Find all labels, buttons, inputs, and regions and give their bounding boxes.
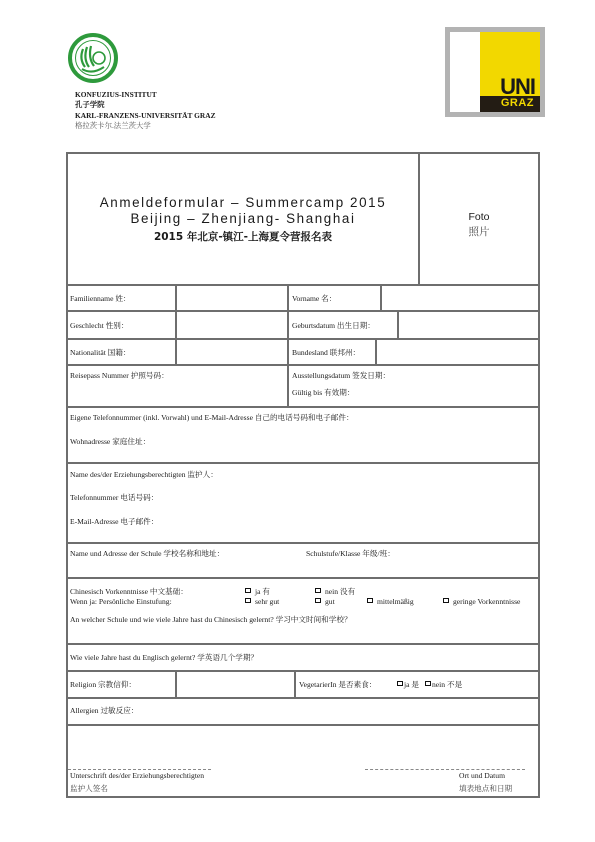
label-chinesisch-schule: An welcher Schule und wie viele Jahre ha… (70, 614, 352, 625)
geschlecht-field[interactable] (177, 312, 287, 338)
option-veg-yes[interactable]: ja 是 (397, 679, 419, 690)
checkbox-icon[interactable] (245, 588, 251, 593)
label-guardian-signature-cn: 监护人签名 (70, 783, 108, 794)
university-name: KARL-FRANZENS-UNIVERSITÄT GRAZ (75, 111, 216, 121)
label-geschlecht: Geschlecht 性别： (70, 320, 128, 331)
allergien-field[interactable] (68, 699, 538, 724)
englisch-field[interactable] (68, 645, 538, 670)
option-level-very-good[interactable]: sehr gut (245, 597, 279, 606)
form-subtitle: Beijing – Zhenjiang- Shanghai (68, 211, 418, 226)
label-einstufung: Wenn ja: Persönliche Einstufung: (70, 597, 172, 606)
vorname-field[interactable] (382, 286, 538, 310)
checkbox-icon[interactable] (245, 598, 251, 603)
checkbox-icon[interactable] (315, 598, 321, 603)
label-vegetarier: VegetarierIn 是否素食： (299, 679, 376, 690)
label-place-date: Ort und Datum (459, 771, 505, 780)
label-geburtsdatum: Geburtsdatum 出生日期： (292, 320, 375, 331)
uni-graz-logo: UNI GRAZ (445, 27, 545, 117)
photo-box[interactable] (420, 154, 538, 284)
checkbox-icon[interactable] (425, 681, 431, 686)
checkbox-icon[interactable] (367, 598, 373, 603)
institute-name-cn: 孔子学院 (75, 100, 216, 110)
school-field[interactable] (68, 544, 538, 577)
option-chinese-no[interactable]: nein 没有 (315, 586, 355, 597)
form-title: Anmeldeformular – Summercamp 2015 (68, 195, 418, 210)
passport-dates-field[interactable] (289, 366, 538, 406)
contact-field[interactable] (68, 408, 538, 462)
checkbox-icon[interactable] (443, 598, 449, 603)
familienname-field[interactable] (177, 286, 287, 310)
option-level-good[interactable]: gut (315, 597, 335, 606)
label-place-date-cn: 填表地点和日期 (459, 783, 512, 794)
religion-field[interactable] (177, 672, 294, 697)
bundesland-field[interactable] (377, 340, 538, 364)
label-nationalitaet: Nationalität 国籍： (70, 347, 131, 358)
university-name-cn: 格拉茨卡尔.法兰茨大学 (75, 121, 216, 131)
reisepass-field[interactable] (68, 366, 287, 406)
signature-line-guardian (68, 769, 211, 770)
checkbox-icon[interactable] (397, 681, 403, 686)
label-bundesland: Bundesland 联邦州： (292, 347, 360, 358)
option-chinese-yes[interactable]: ja 有 (245, 586, 270, 597)
graz-logo-text: GRAZ (501, 97, 534, 109)
place-date-field[interactable] (365, 726, 535, 768)
signature-line-date (365, 769, 525, 770)
nationalitaet-field[interactable] (177, 340, 287, 364)
checkbox-icon[interactable] (315, 588, 321, 593)
confucius-institute-logo (68, 33, 118, 83)
institute-name: KONFUZIUS-INSTITUT (75, 90, 216, 100)
institute-name-block: KONFUZIUS-INSTITUT 孔子学院 KARL-FRANZENS-UN… (75, 90, 216, 132)
guardian-field[interactable] (68, 464, 538, 542)
label-religion: Religion 宗教信仰： (70, 679, 136, 690)
geburtsdatum-field[interactable] (399, 312, 538, 338)
label-chinesisch: Chinesisch Vorkenntnisse 中文基础： (70, 586, 188, 597)
form-title-cn: 2015 年北京-镇江-上海夏令营报名表 (68, 229, 418, 244)
label-familienname: Familienname 姓： (70, 293, 131, 304)
guardian-signature-field[interactable] (68, 726, 228, 768)
option-level-medium[interactable]: mittelmäßig (367, 597, 414, 606)
option-level-low[interactable]: geringe Vorkenntnisse (443, 597, 520, 606)
label-guardian-signature: Unterschrift des/der Erziehungsberechtig… (70, 771, 204, 780)
label-vorname: Vorname 名： (292, 293, 336, 304)
option-veg-no[interactable]: nein 不是 (425, 679, 462, 690)
